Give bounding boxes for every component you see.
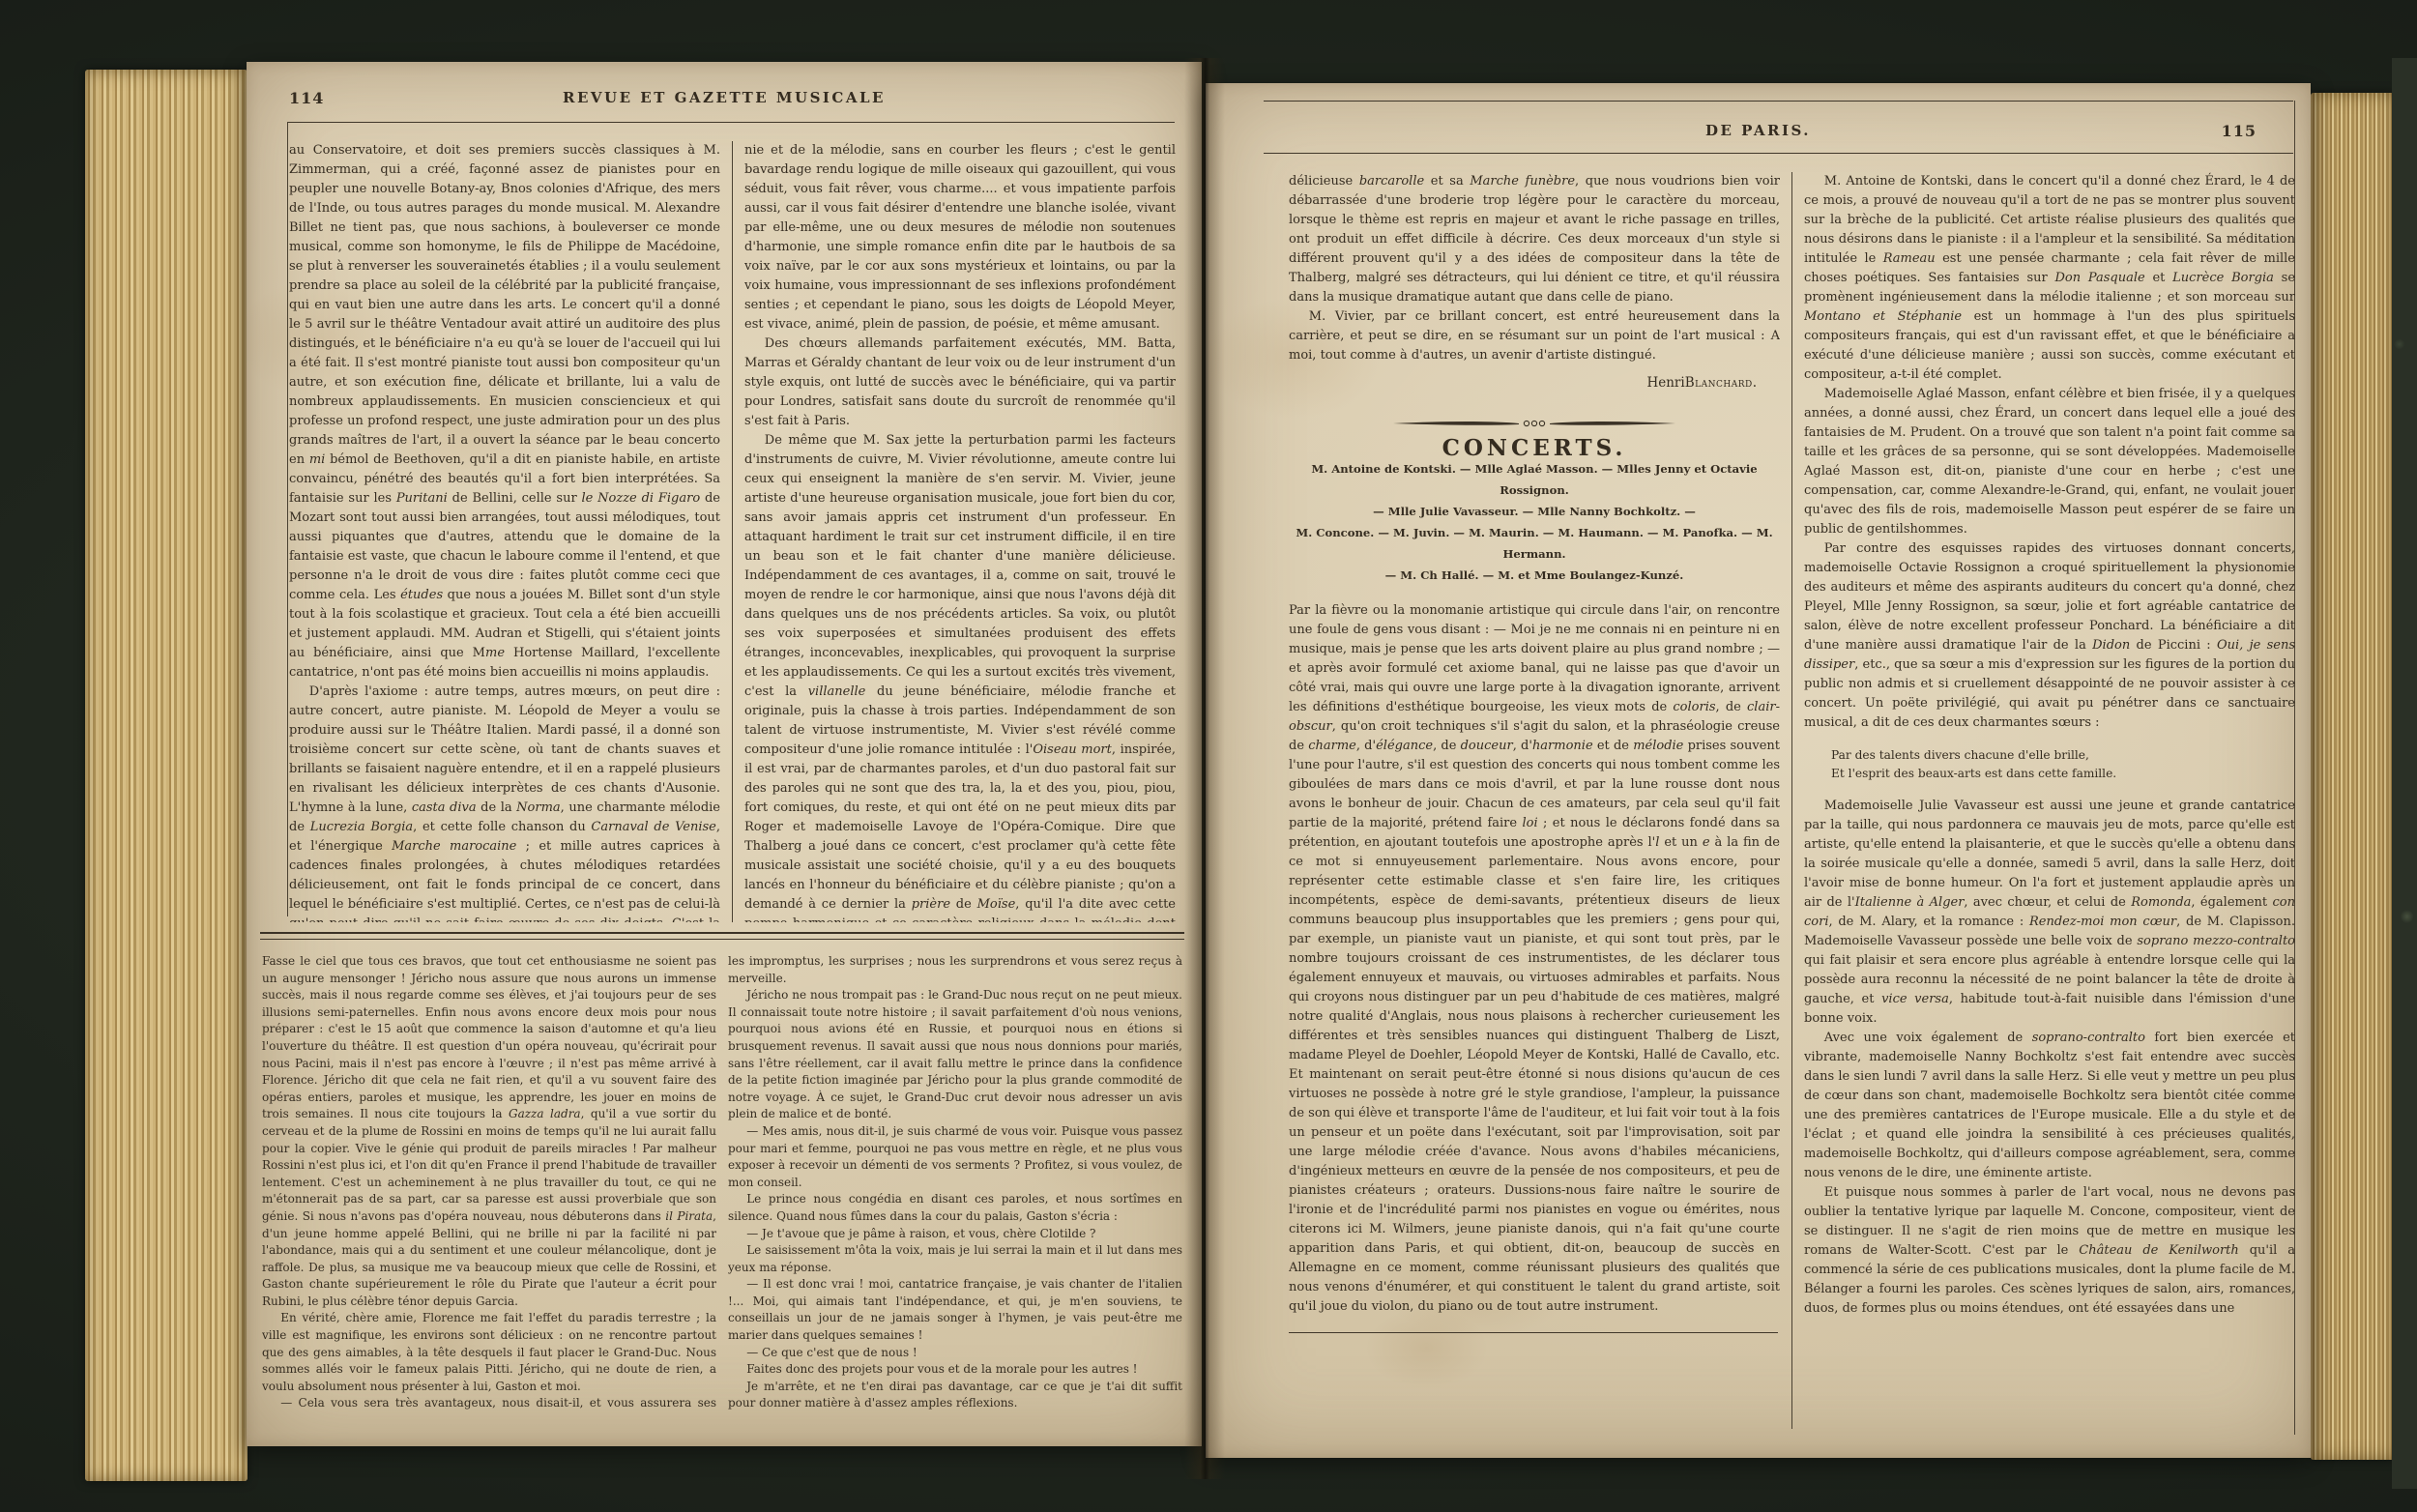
running-title-left: REVUE ET GAZETTE MUSICALE	[247, 89, 1202, 106]
concerts-body-col2-b: Mademoiselle Julie Vavasseur est aussi u…	[1804, 797, 2295, 1319]
left-article-col-1: au Conservatoire, et doit ses premiers s…	[289, 141, 720, 922]
column-divider	[1791, 172, 1792, 1429]
book-spread-scan: { "book": { "left_page": { "folio": "114…	[0, 0, 2417, 1512]
right-article-col-1: délicieuse barcarolle et sa Marche funèb…	[1289, 172, 1780, 1429]
cover-board-right	[2392, 58, 2417, 1489]
gilt-page-edges-right	[2311, 93, 2396, 1460]
feuilleton-rule	[260, 932, 1184, 940]
gilt-page-edges-left	[85, 70, 248, 1481]
concerts-heading: CONCERTS.	[1289, 439, 1780, 458]
feuilleton-col-1: Fasse le ciel que tous ces bravos, que t…	[262, 953, 716, 1411]
header-rule-right	[1264, 153, 2293, 154]
folio-right: 115	[2222, 122, 2257, 140]
top-frame-rule	[1264, 101, 2293, 102]
column-divider	[732, 141, 733, 922]
feuilleton-section: Fasse le ciel que tous ces bravos, que t…	[262, 953, 1182, 1411]
concerts-body-col1: Par la fièvre ou la monomanie artistique…	[1289, 601, 1780, 1317]
left-page: 114 REVUE ET GAZETTE MUSICALE au Conserv…	[247, 62, 1202, 1446]
header-rule-left	[287, 122, 1175, 123]
verse-couplet: Par des talents divers chacune d'elle br…	[1831, 746, 2295, 783]
left-article-col-2: nie et de la mélodie, sans en courber le…	[744, 141, 1176, 922]
right-page: DE PARIS. 115 délicieuse barcarolle et s…	[1206, 83, 2311, 1458]
right-article-col-2: M. Antoine de Kontski, dans le concert q…	[1804, 172, 2295, 1429]
gutter-shadow	[1184, 58, 1225, 1479]
feuilleton-col-2: les impromptus, les surprises ; nous les…	[728, 953, 1182, 1411]
blanchard-signature: Henri Blanchard.	[1289, 373, 1757, 393]
right-page-article: délicieuse barcarolle et sa Marche funèb…	[1289, 172, 2296, 1429]
page-frame-line	[287, 122, 288, 916]
concerts-intro: délicieuse barcarolle et sa Marche funèb…	[1289, 172, 1780, 365]
article-end-rule	[1289, 1332, 1778, 1333]
left-page-article: au Conservatoire, et doit ses premiers s…	[289, 141, 1177, 922]
program-names: M. Antoine de Kontski. — Mlle Aglaé Mass…	[1289, 458, 1780, 586]
running-title-right: DE PARIS.	[1206, 122, 2311, 139]
concerts-body-col2-a: M. Antoine de Kontski, dans le concert q…	[1804, 172, 2295, 733]
section-divider-ornament	[1289, 418, 1780, 429]
